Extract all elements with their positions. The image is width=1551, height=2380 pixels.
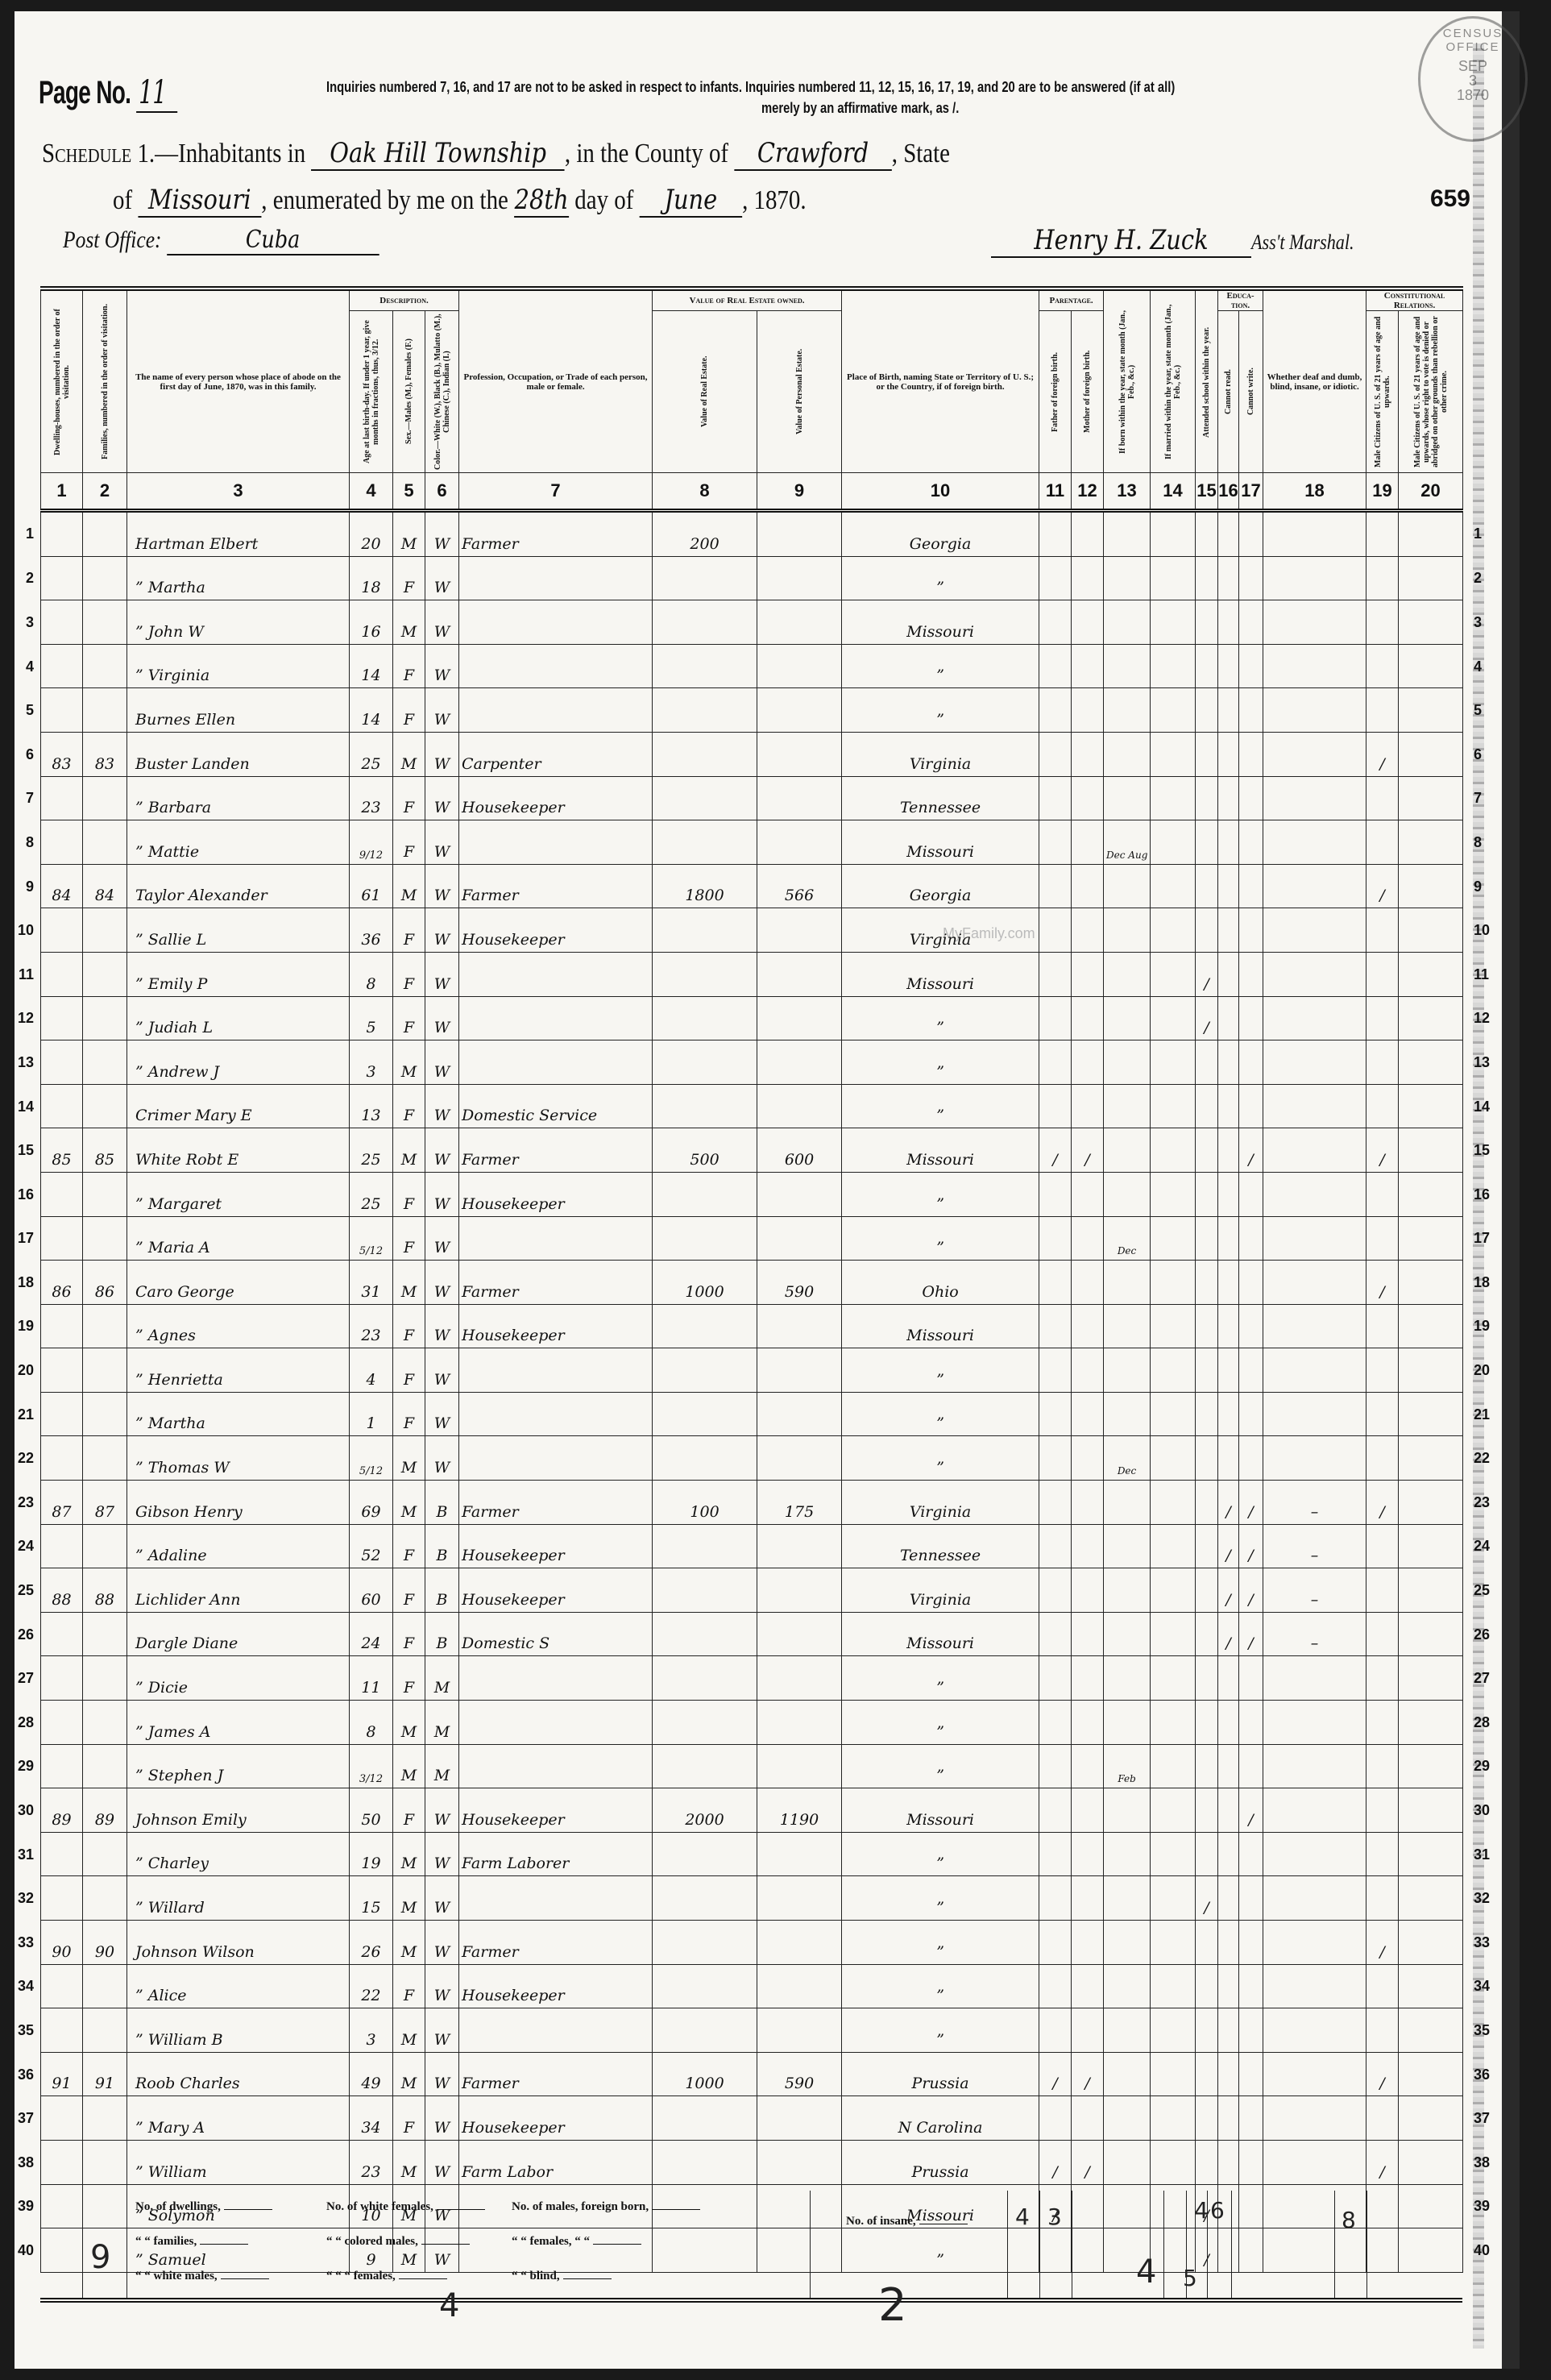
birthplace: Prussia <box>842 2140 1039 2184</box>
birthplace: Virginia <box>842 908 1039 953</box>
age: 61 <box>350 864 393 908</box>
male-citizen-mark <box>1366 2008 1399 2053</box>
married-within-year <box>1151 1612 1196 1656</box>
county-field: Crawford <box>734 137 892 171</box>
sex: F <box>393 688 425 733</box>
sex: F <box>393 1304 425 1348</box>
birthplace: ” <box>842 1216 1039 1261</box>
family-number <box>83 1744 127 1788</box>
table-row: ” William23MWFarm LaborPrussia/// <box>41 2140 1463 2184</box>
cannot-write-mark <box>1239 1656 1263 1701</box>
mother-foreign-mark <box>1072 2096 1104 2141</box>
cannot-read-mark <box>1218 1261 1239 1305</box>
family-number <box>83 1876 127 1921</box>
person-name: Roob Charles <box>127 2052 350 2096</box>
father-foreign-mark <box>1039 1348 1072 1393</box>
cannot-read-mark <box>1218 732 1239 776</box>
occupation <box>459 1701 653 1745</box>
person-name: Burnes Ellen <box>127 688 350 733</box>
born-within-year <box>1104 600 1151 645</box>
family-number <box>83 1084 127 1128</box>
personal-estate-value <box>757 996 842 1040</box>
occupation: Housekeeper <box>459 1524 653 1568</box>
vote-denied-mark <box>1399 908 1463 953</box>
col-header-age: Age at last birth-day. If under 1 year, … <box>350 311 393 473</box>
real-estate-value: 1800 <box>653 864 757 908</box>
male-citizen-mark: / <box>1366 2052 1399 2096</box>
line-number-right: 5 <box>1474 702 1501 719</box>
col-header-dwelling: Dwelling-houses, numbered in the order o… <box>41 289 83 473</box>
birthplace: ” <box>842 1436 1039 1481</box>
occupation <box>459 1744 653 1788</box>
family-number <box>83 1701 127 1745</box>
married-within-year <box>1151 864 1196 908</box>
deaf-blind-note <box>1263 1172 1366 1216</box>
line-number-right: 40 <box>1474 2242 1501 2259</box>
tally-col13-below: 4 <box>1136 2253 1156 2291</box>
born-within-year: Dec <box>1104 1216 1151 1261</box>
real-estate-value <box>653 1216 757 1261</box>
cannot-read-mark: / <box>1218 1524 1239 1568</box>
attended-school-mark: / <box>1196 996 1218 1040</box>
attended-school-mark <box>1196 820 1218 865</box>
state-date-line: of Missouri, enumerated by me on the 28t… <box>113 184 807 218</box>
occupation: Farmer <box>459 511 653 557</box>
male-citizen-mark <box>1366 996 1399 1040</box>
mother-foreign-mark <box>1072 1964 1104 2008</box>
summary-females-foreign: “ “ females, “ “ <box>512 2235 641 2249</box>
real-estate-value <box>653 776 757 820</box>
cannot-read-mark <box>1218 1392 1239 1436</box>
age: 26 <box>350 1921 393 1965</box>
birthplace: N Carolina <box>842 2096 1039 2141</box>
mother-foreign-mark <box>1072 908 1104 953</box>
cannot-write-mark <box>1239 732 1263 776</box>
color: W <box>425 2052 459 2096</box>
table-row: 8484Taylor Alexander61MWFarmer1800566Geo… <box>41 864 1463 908</box>
group-header-education: Educa-tion. <box>1218 289 1263 311</box>
family-number <box>83 644 127 688</box>
born-within-year <box>1104 1348 1151 1393</box>
personal-estate-value: 175 <box>757 1481 842 1525</box>
dwelling-number <box>41 556 83 600</box>
father-foreign-mark <box>1039 820 1072 865</box>
age: 23 <box>350 776 393 820</box>
mother-foreign-mark <box>1072 1392 1104 1436</box>
vote-denied-mark <box>1399 1656 1463 1701</box>
person-name: Caro George <box>127 1261 350 1305</box>
personal-estate-value <box>757 1524 842 1568</box>
attended-school-mark <box>1196 1612 1218 1656</box>
attended-school-mark <box>1196 556 1218 600</box>
line-number-right: 18 <box>1474 1274 1501 1291</box>
mother-foreign-mark <box>1072 2008 1104 2053</box>
sex: M <box>393 1921 425 1965</box>
mother-foreign-mark <box>1072 1788 1104 1833</box>
family-number <box>83 2008 127 2053</box>
male-citizen-mark <box>1366 2096 1399 2141</box>
line-number-right: 2 <box>1474 570 1501 587</box>
male-citizen-mark <box>1366 1524 1399 1568</box>
table-row: Dargle Diane24FBDomestic SMissouri//– <box>41 1612 1463 1656</box>
cannot-write-mark <box>1239 1261 1263 1305</box>
family-number: 85 <box>83 1128 127 1173</box>
person-name: Buster Landen <box>127 732 350 776</box>
cannot-write-mark: / <box>1239 1481 1263 1525</box>
person-name: ” Charley <box>127 1832 350 1876</box>
attended-school-mark <box>1196 1304 1218 1348</box>
post-office-field: Cuba <box>167 226 379 255</box>
deaf-blind-note <box>1263 2140 1366 2184</box>
father-foreign-mark <box>1039 1876 1072 1921</box>
born-within-year <box>1104 1304 1151 1348</box>
real-estate-value <box>653 2096 757 2141</box>
cannot-read-mark <box>1218 600 1239 645</box>
family-number <box>83 1172 127 1216</box>
male-citizen-mark <box>1366 1744 1399 1788</box>
line-number-right: 36 <box>1474 2066 1501 2083</box>
vote-denied-mark <box>1399 2140 1463 2184</box>
person-name: ” Margaret <box>127 1172 350 1216</box>
age: 1 <box>350 1392 393 1436</box>
family-number: 84 <box>83 864 127 908</box>
birthplace: Missouri <box>842 820 1039 865</box>
born-within-year <box>1104 1612 1151 1656</box>
attended-school-mark <box>1196 2008 1218 2053</box>
sex: F <box>393 908 425 953</box>
page-summary: No. of dwellings, “ “ families, “ “ whit… <box>40 2191 1462 2303</box>
age: 18 <box>350 556 393 600</box>
born-within-year <box>1104 1788 1151 1833</box>
line-number-left: 13 <box>10 1054 34 1071</box>
line-number-left: 35 <box>10 2022 34 2039</box>
color: W <box>425 996 459 1040</box>
father-foreign-mark <box>1039 1436 1072 1481</box>
mother-foreign-mark: / <box>1072 2140 1104 2184</box>
deaf-blind-note <box>1263 2052 1366 2096</box>
married-within-year <box>1151 688 1196 733</box>
married-within-year <box>1151 1304 1196 1348</box>
father-foreign-mark <box>1039 1964 1072 2008</box>
person-name: ” John W <box>127 600 350 645</box>
attended-school-mark <box>1196 908 1218 953</box>
line-number-right: 19 <box>1474 1318 1501 1335</box>
person-name: ” Emily P <box>127 952 350 996</box>
father-foreign-mark <box>1039 996 1072 1040</box>
color: W <box>425 1921 459 1965</box>
age: 22 <box>350 1964 393 2008</box>
summary-white-males: “ “ white males, <box>135 2270 269 2283</box>
vote-denied-mark <box>1399 1040 1463 1085</box>
color: M <box>425 1656 459 1701</box>
real-estate-value <box>653 820 757 865</box>
vote-denied-mark <box>1399 952 1463 996</box>
sex: F <box>393 2096 425 2141</box>
personal-estate-value <box>757 1964 842 2008</box>
father-foreign-mark <box>1039 1040 1072 1085</box>
married-within-year <box>1151 644 1196 688</box>
line-number-left: 31 <box>10 1846 34 1863</box>
married-within-year <box>1151 2096 1196 2141</box>
occupation: Farm Laborer <box>459 1832 653 1876</box>
family-number <box>83 1348 127 1393</box>
born-within-year <box>1104 1172 1151 1216</box>
dwelling-number <box>41 1084 83 1128</box>
attended-school-mark <box>1196 1392 1218 1436</box>
personal-estate-value <box>757 1040 842 1085</box>
family-number <box>83 688 127 733</box>
cannot-write-mark <box>1239 1216 1263 1261</box>
family-number: 91 <box>83 2052 127 2096</box>
birthplace: Missouri <box>842 1128 1039 1173</box>
deaf-blind-note <box>1263 1304 1366 1348</box>
col-header-mother-foreign: Mother of foreign birth. <box>1072 311 1104 473</box>
person-name: ” Martha <box>127 1392 350 1436</box>
married-within-year <box>1151 1216 1196 1261</box>
cannot-write-mark <box>1239 2008 1263 2053</box>
attended-school-mark <box>1196 511 1218 557</box>
dwelling-number <box>41 1701 83 1745</box>
person-name: ” Henrietta <box>127 1348 350 1393</box>
married-within-year <box>1151 1701 1196 1745</box>
group-header-value: Value of Real Estate owned. <box>653 289 842 311</box>
occupation: Housekeeper <box>459 1172 653 1216</box>
sex: M <box>393 511 425 557</box>
personal-estate-value: 590 <box>757 1261 842 1305</box>
family-number <box>83 820 127 865</box>
dwelling-number: 86 <box>41 1261 83 1305</box>
male-citizen-mark <box>1366 1348 1399 1393</box>
occupation <box>459 688 653 733</box>
census-table: Dwelling-houses, numbered in the order o… <box>40 286 1463 2273</box>
line-number-left: 11 <box>10 966 34 983</box>
cannot-read-mark <box>1218 1304 1239 1348</box>
cannot-read-mark <box>1218 1216 1239 1261</box>
table-row: ” Judiah L5FW”/ <box>41 996 1463 1040</box>
married-within-year <box>1151 1481 1196 1525</box>
birthplace: Georgia <box>842 511 1039 557</box>
deaf-blind-note <box>1263 1040 1366 1085</box>
cannot-write-mark: / <box>1239 1568 1263 1613</box>
born-within-year <box>1104 1392 1151 1436</box>
cannot-write-mark <box>1239 600 1263 645</box>
table-row: ” Mattie9/12FWMissouriDec Aug <box>41 820 1463 865</box>
family-number <box>83 511 127 557</box>
dwelling-number: 87 <box>41 1481 83 1525</box>
person-name: Johnson Wilson <box>127 1921 350 1965</box>
summary-families: “ “ families, <box>135 2235 248 2249</box>
summary-colored-females: “ “ “ females, <box>326 2270 447 2283</box>
dwelling-number <box>41 820 83 865</box>
attended-school-mark <box>1196 1436 1218 1481</box>
table-row: ” Mary A34FWHousekeeperN Carolina <box>41 2096 1463 2141</box>
male-citizen-mark <box>1366 1568 1399 1613</box>
birthplace: Missouri <box>842 1788 1039 1833</box>
vote-denied-mark <box>1399 1788 1463 1833</box>
vote-denied-mark <box>1399 1921 1463 1965</box>
age: 14 <box>350 644 393 688</box>
mother-foreign-mark <box>1072 1921 1104 1965</box>
real-estate-value: 500 <box>653 1128 757 1173</box>
real-estate-value <box>653 1524 757 1568</box>
line-number-left: 29 <box>10 1758 34 1775</box>
line-number-left: 5 <box>10 702 34 719</box>
person-name: ” Mattie <box>127 820 350 865</box>
personal-estate-value <box>757 908 842 953</box>
married-within-year <box>1151 1832 1196 1876</box>
line-number-right: 22 <box>1474 1450 1501 1467</box>
born-within-year <box>1104 1481 1151 1525</box>
attended-school-mark <box>1196 2052 1218 2096</box>
mother-foreign-mark <box>1072 1612 1104 1656</box>
sex: M <box>393 1040 425 1085</box>
real-estate-value: 200 <box>653 511 757 557</box>
occupation <box>459 2008 653 2053</box>
deaf-blind-note <box>1263 556 1366 600</box>
col-header-name: The name of every person whose place of … <box>127 289 350 473</box>
line-number-right: 8 <box>1474 834 1501 851</box>
mother-foreign-mark <box>1072 1348 1104 1393</box>
vote-denied-mark <box>1399 1084 1463 1128</box>
vote-denied-mark <box>1399 1261 1463 1305</box>
birthplace: Georgia <box>842 864 1039 908</box>
person-name: ” Willard <box>127 1876 350 1921</box>
real-estate-value <box>653 1568 757 1613</box>
cannot-read-mark <box>1218 2052 1239 2096</box>
birthplace: ” <box>842 996 1039 1040</box>
birthplace: Missouri <box>842 1304 1039 1348</box>
age: 52 <box>350 1524 393 1568</box>
person-name: Gibson Henry <box>127 1481 350 1525</box>
occupation: Housekeeper <box>459 908 653 953</box>
family-number <box>83 1656 127 1701</box>
married-within-year <box>1151 996 1196 1040</box>
line-number-left: 7 <box>10 790 34 807</box>
married-within-year <box>1151 952 1196 996</box>
tally-col11: 4 <box>1015 2203 1030 2230</box>
line-number-left: 12 <box>10 1010 34 1027</box>
deaf-blind-note <box>1263 996 1366 1040</box>
schedule-line: Schedule 1.—Inhabitants in Oak Hill Town… <box>42 137 950 171</box>
attended-school-mark <box>1196 1481 1218 1525</box>
real-estate-value <box>653 1392 757 1436</box>
personal-estate-value <box>757 1568 842 1613</box>
birthplace: ” <box>842 1392 1039 1436</box>
person-name: ” Thomas W <box>127 1436 350 1481</box>
mother-foreign-mark <box>1072 1656 1104 1701</box>
personal-estate-value <box>757 556 842 600</box>
mother-foreign-mark <box>1072 732 1104 776</box>
vote-denied-mark <box>1399 1392 1463 1436</box>
mother-foreign-mark <box>1072 820 1104 865</box>
birthplace: ” <box>842 1656 1039 1701</box>
dwelling-number <box>41 2140 83 2184</box>
tally-col15: 4 <box>1194 2197 1209 2224</box>
line-number-left: 28 <box>10 1714 34 1731</box>
father-foreign-mark <box>1039 1084 1072 1128</box>
cannot-write-mark <box>1239 1832 1263 1876</box>
born-within-year <box>1104 1964 1151 2008</box>
table-row: ” Martha1FW” <box>41 1392 1463 1436</box>
page-number: Page No. 11 <box>39 74 177 111</box>
line-number-left: 20 <box>10 1362 34 1379</box>
personal-estate-value <box>757 1304 842 1348</box>
occupation: Housekeeper <box>459 1964 653 2008</box>
line-number-left: 6 <box>10 746 34 763</box>
age: 3 <box>350 2008 393 2053</box>
notice-line-2: merely by an affirmative mark, as /. <box>761 100 959 117</box>
table-row: 8888Lichlider Ann60FBHousekeeperVirginia… <box>41 1568 1463 1613</box>
vote-denied-mark <box>1399 1744 1463 1788</box>
family-number: 90 <box>83 1921 127 1965</box>
deaf-blind-note <box>1263 1128 1366 1173</box>
census-office-stamp: CENSUS OFFICE SEP 3 1870 <box>1418 16 1528 142</box>
color: B <box>425 1568 459 1613</box>
male-citizen-mark: / <box>1366 1481 1399 1525</box>
age: 8 <box>350 952 393 996</box>
male-citizen-mark <box>1366 820 1399 865</box>
dwelling-number <box>41 1304 83 1348</box>
table-row: ” Charley19MWFarm Laborer” <box>41 1832 1463 1876</box>
mother-foreign-mark <box>1072 1040 1104 1085</box>
deaf-blind-note <box>1263 1436 1366 1481</box>
vote-denied-mark <box>1399 511 1463 557</box>
line-number-left: 18 <box>10 1274 34 1291</box>
table-row: 8585White Robt E25MWFarmer500600Missouri… <box>41 1128 1463 1173</box>
mother-foreign-mark <box>1072 864 1104 908</box>
birthplace: Missouri <box>842 600 1039 645</box>
dwelling-number <box>41 1040 83 1085</box>
occupation <box>459 1656 653 1701</box>
father-foreign-mark <box>1039 776 1072 820</box>
married-within-year <box>1151 1040 1196 1085</box>
attended-school-mark: / <box>1196 952 1218 996</box>
born-within-year <box>1104 776 1151 820</box>
cannot-read-mark <box>1218 1788 1239 1833</box>
personal-estate-value <box>757 952 842 996</box>
color: B <box>425 1524 459 1568</box>
attended-school-mark <box>1196 1261 1218 1305</box>
col-header-real-estate: Value of Real Estate. <box>653 311 757 473</box>
cannot-read-mark <box>1218 2008 1239 2053</box>
cannot-write-mark <box>1239 1084 1263 1128</box>
line-number-right: 27 <box>1474 1670 1501 1687</box>
family-number <box>83 1392 127 1436</box>
family-number: 89 <box>83 1788 127 1833</box>
line-number-right: 13 <box>1474 1054 1501 1071</box>
sex: M <box>393 864 425 908</box>
father-foreign-mark <box>1039 1568 1072 1613</box>
vote-denied-mark <box>1399 1304 1463 1348</box>
mother-foreign-mark <box>1072 1568 1104 1613</box>
mother-foreign-mark <box>1072 1876 1104 1921</box>
family-number <box>83 776 127 820</box>
dwelling-number <box>41 1392 83 1436</box>
married-within-year <box>1151 1921 1196 1965</box>
personal-estate-value <box>757 1656 842 1701</box>
dwelling-number <box>41 1172 83 1216</box>
family-number <box>83 1832 127 1876</box>
real-estate-value <box>653 1172 757 1216</box>
age: 5 <box>350 996 393 1040</box>
sheet-number: 659 <box>1430 185 1470 213</box>
tally-col12: 3 <box>1047 2203 1062 2230</box>
deaf-blind-note <box>1263 1964 1366 2008</box>
birthplace: ” <box>842 1964 1039 2008</box>
summary-blind: “ “ blind, <box>512 2270 612 2283</box>
male-citizen-mark <box>1366 556 1399 600</box>
cannot-read-mark <box>1218 1436 1239 1481</box>
